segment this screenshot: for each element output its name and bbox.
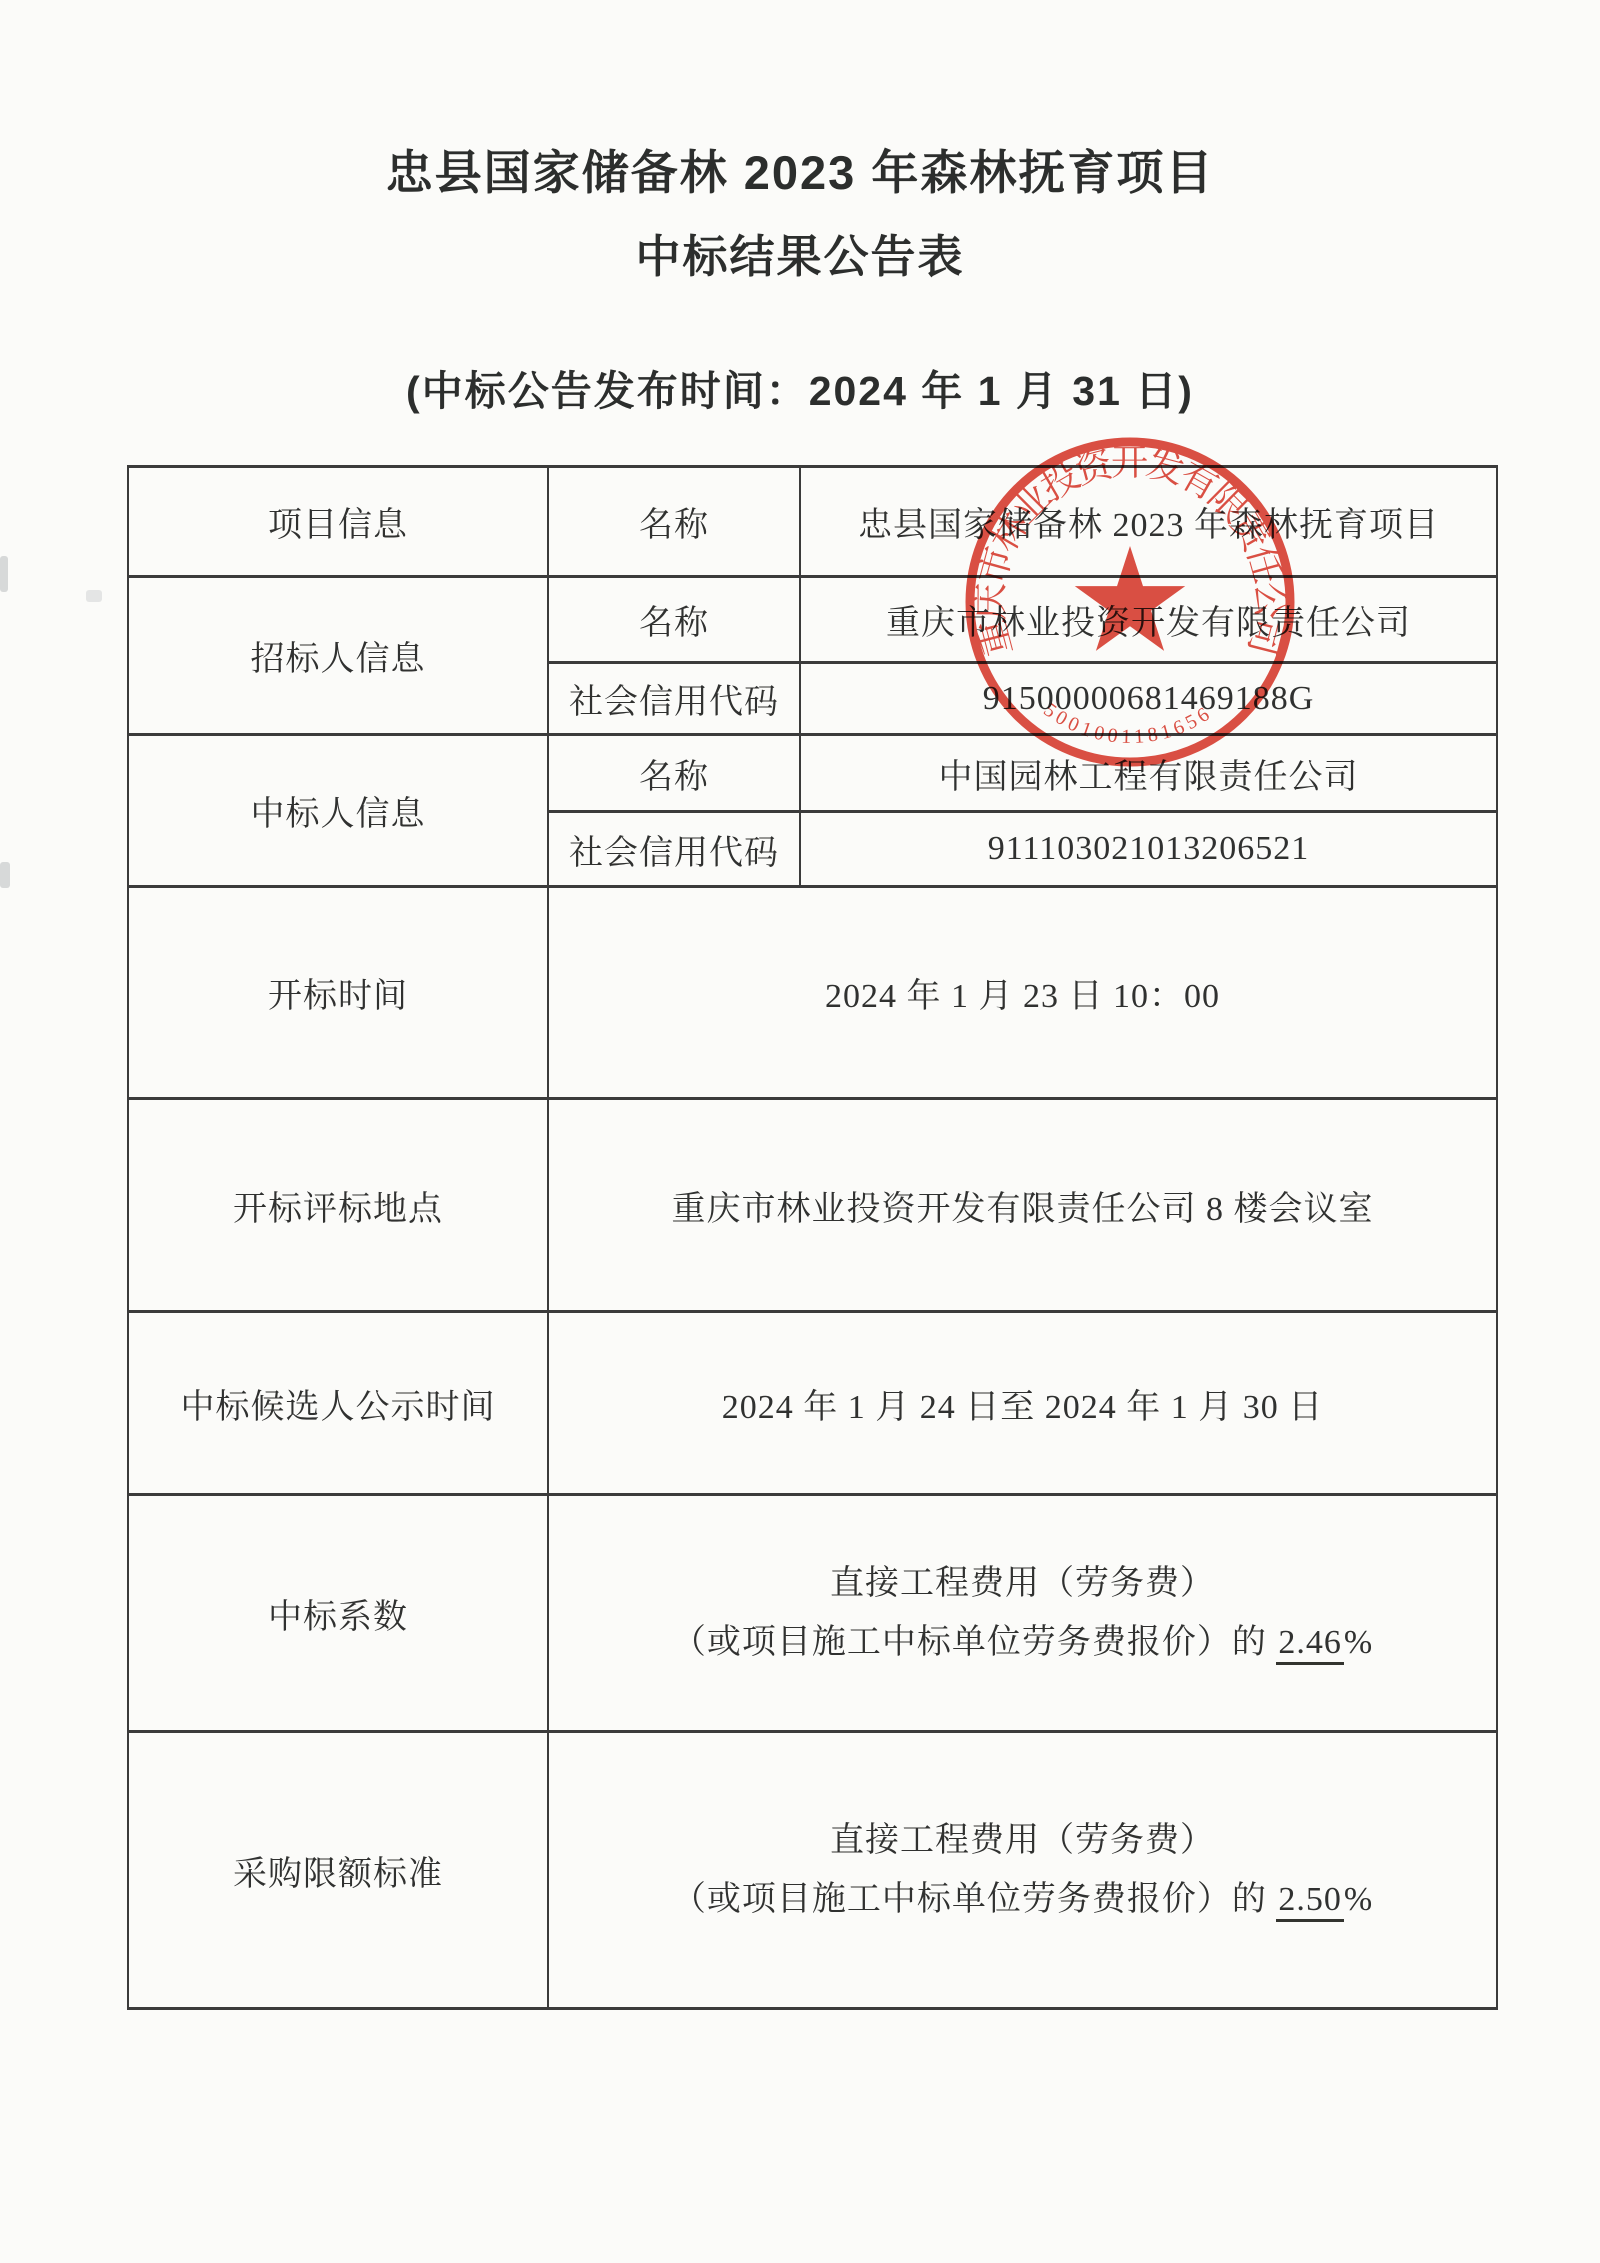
project-name-label: 名称 <box>548 467 800 577</box>
winner-name-label: 名称 <box>548 735 800 812</box>
tenderer-info-label: 招标人信息 <box>128 577 548 735</box>
candidate-publicity-value: 2024 年 1 月 24 日至 2024 年 1 月 30 日 <box>548 1312 1497 1495</box>
winner-name-value: 中国园林工程有限责任公司 <box>800 735 1497 812</box>
table-row-winner-name: 中标人信息 名称 中国园林工程有限责任公司 <box>128 735 1497 812</box>
tenderer-name-label: 名称 <box>548 577 800 663</box>
fee-line2-prefix: （或项目施工中标单位劳务费报价）的 <box>672 1624 1277 1661</box>
tenderer-name-value: 重庆市林业投资开发有限责任公司 <box>800 577 1497 663</box>
scan-artifact <box>86 590 102 602</box>
candidate-publicity-label: 中标候选人公示时间 <box>128 1312 548 1495</box>
winner-credit-label: 社会信用代码 <box>548 812 800 887</box>
bid-opening-place-value: 重庆市林业投资开发有限责任公司 8 楼会议室 <box>548 1099 1497 1312</box>
table-row-tenderer-name: 招标人信息 名称 重庆市林业投资开发有限责任公司 <box>128 577 1497 663</box>
document-title-line1: 忠县国家储备林 2023 年森林抚育项目 <box>0 136 1600 203</box>
limit-description-line1: 直接工程费用（劳务费） <box>549 1811 1496 1871</box>
bid-opening-time-label: 开标时间 <box>128 887 548 1099</box>
winner-credit-value: 911103021013206521 <box>800 812 1497 887</box>
limit-percent-underlined: 2.50 <box>1276 1881 1344 1922</box>
limit-line2-prefix: （或项目施工中标单位劳务费报价）的 <box>672 1881 1277 1918</box>
fee-description-line2: （或项目施工中标单位劳务费报价）的 2.46% <box>549 1613 1496 1673</box>
scan-artifact <box>0 556 8 592</box>
publish-date-line: (中标公告发布时间：2024 年 1 月 31 日) <box>0 358 1600 417</box>
procurement-limit-label: 采购限额标准 <box>128 1732 548 2009</box>
table-row-project: 项目信息 名称 忠县国家储备林 2023 年森林抚育项目 <box>128 467 1497 577</box>
table-row-procurement-limit: 采购限额标准 直接工程费用（劳务费） （或项目施工中标单位劳务费报价）的 2.5… <box>128 1732 1497 2009</box>
coefficient-percent-sign: % <box>1344 1624 1373 1661</box>
limit-percent-sign: % <box>1344 1881 1373 1918</box>
limit-description-line2: （或项目施工中标单位劳务费报价）的 2.50% <box>549 1870 1496 1930</box>
table-row-candidate-publicity: 中标候选人公示时间 2024 年 1 月 24 日至 2024 年 1 月 30… <box>128 1312 1497 1495</box>
winning-coefficient-label: 中标系数 <box>128 1495 548 1732</box>
table-row-bid-opening-place: 开标评标地点 重庆市林业投资开发有限责任公司 8 楼会议室 <box>128 1099 1497 1312</box>
bid-result-table: 项目信息 名称 忠县国家储备林 2023 年森林抚育项目 招标人信息 名称 重庆… <box>127 465 1498 2010</box>
scanned-document-page: 忠县国家储备林 2023 年森林抚育项目 中标结果公告表 (中标公告发布时间：2… <box>0 0 1600 2263</box>
project-name-value: 忠县国家储备林 2023 年森林抚育项目 <box>800 467 1497 577</box>
tenderer-credit-label: 社会信用代码 <box>548 663 800 735</box>
procurement-limit-value: 直接工程费用（劳务费） （或项目施工中标单位劳务费报价）的 2.50% <box>548 1732 1497 2009</box>
tenderer-credit-value: 91500000681469188G <box>800 663 1497 735</box>
winning-coefficient-value: 直接工程费用（劳务费） （或项目施工中标单位劳务费报价）的 2.46% <box>548 1495 1497 1732</box>
bid-opening-time-value: 2024 年 1 月 23 日 10：00 <box>548 887 1497 1099</box>
fee-description-line1: 直接工程费用（劳务费） <box>549 1554 1496 1614</box>
coefficient-percent-underlined: 2.46 <box>1276 1624 1344 1665</box>
table-row-winning-coefficient: 中标系数 直接工程费用（劳务费） （或项目施工中标单位劳务费报价）的 2.46% <box>128 1495 1497 1732</box>
winner-info-label: 中标人信息 <box>128 735 548 887</box>
document-title-line2: 中标结果公告表 <box>0 220 1600 285</box>
project-info-label: 项目信息 <box>128 467 548 577</box>
table-row-bid-opening-time: 开标时间 2024 年 1 月 23 日 10：00 <box>128 887 1497 1099</box>
bid-opening-place-label: 开标评标地点 <box>128 1099 548 1312</box>
scan-artifact <box>0 862 10 888</box>
